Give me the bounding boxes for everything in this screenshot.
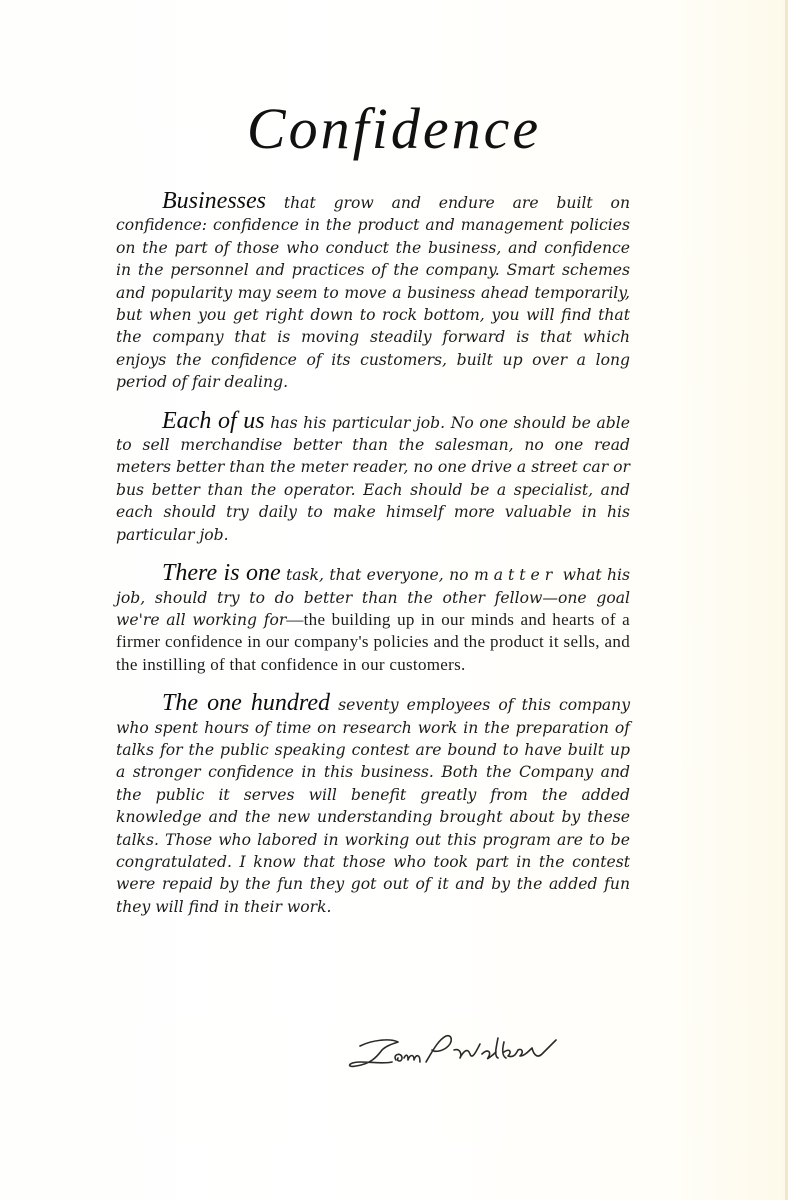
paragraph-lead: Businesses [162,188,266,214]
paragraph-lead: There is one [162,560,281,586]
paragraph-text-spaced: matter [474,566,557,584]
paragraph-2: Each of us has his particular job. No on… [116,410,630,546]
paragraph-text: that grow and endure are built on confid… [116,194,630,391]
page-title: Confidence [0,100,788,158]
paragraph-text: seventy employees of this company who sp… [116,696,630,916]
signature [342,1028,632,1078]
paragraph-3: There is one task, that everyone, no mat… [116,562,630,676]
paragraph-text: has his particular job. No one should be… [116,414,630,544]
paragraph-text-italic: task, that everyone, no [281,566,474,584]
paragraph-1: Businesses that grow and endure are buil… [116,190,630,394]
document-body: Businesses that grow and endure are buil… [116,190,630,934]
document-page: Confidence Businesses that grow and endu… [0,0,788,1200]
paragraph-4: The one hundred seventy employees of thi… [116,692,630,918]
paragraph-lead: The one hundred [162,690,330,716]
signature-icon [342,1028,632,1078]
paragraph-lead: Each of us [162,408,265,434]
